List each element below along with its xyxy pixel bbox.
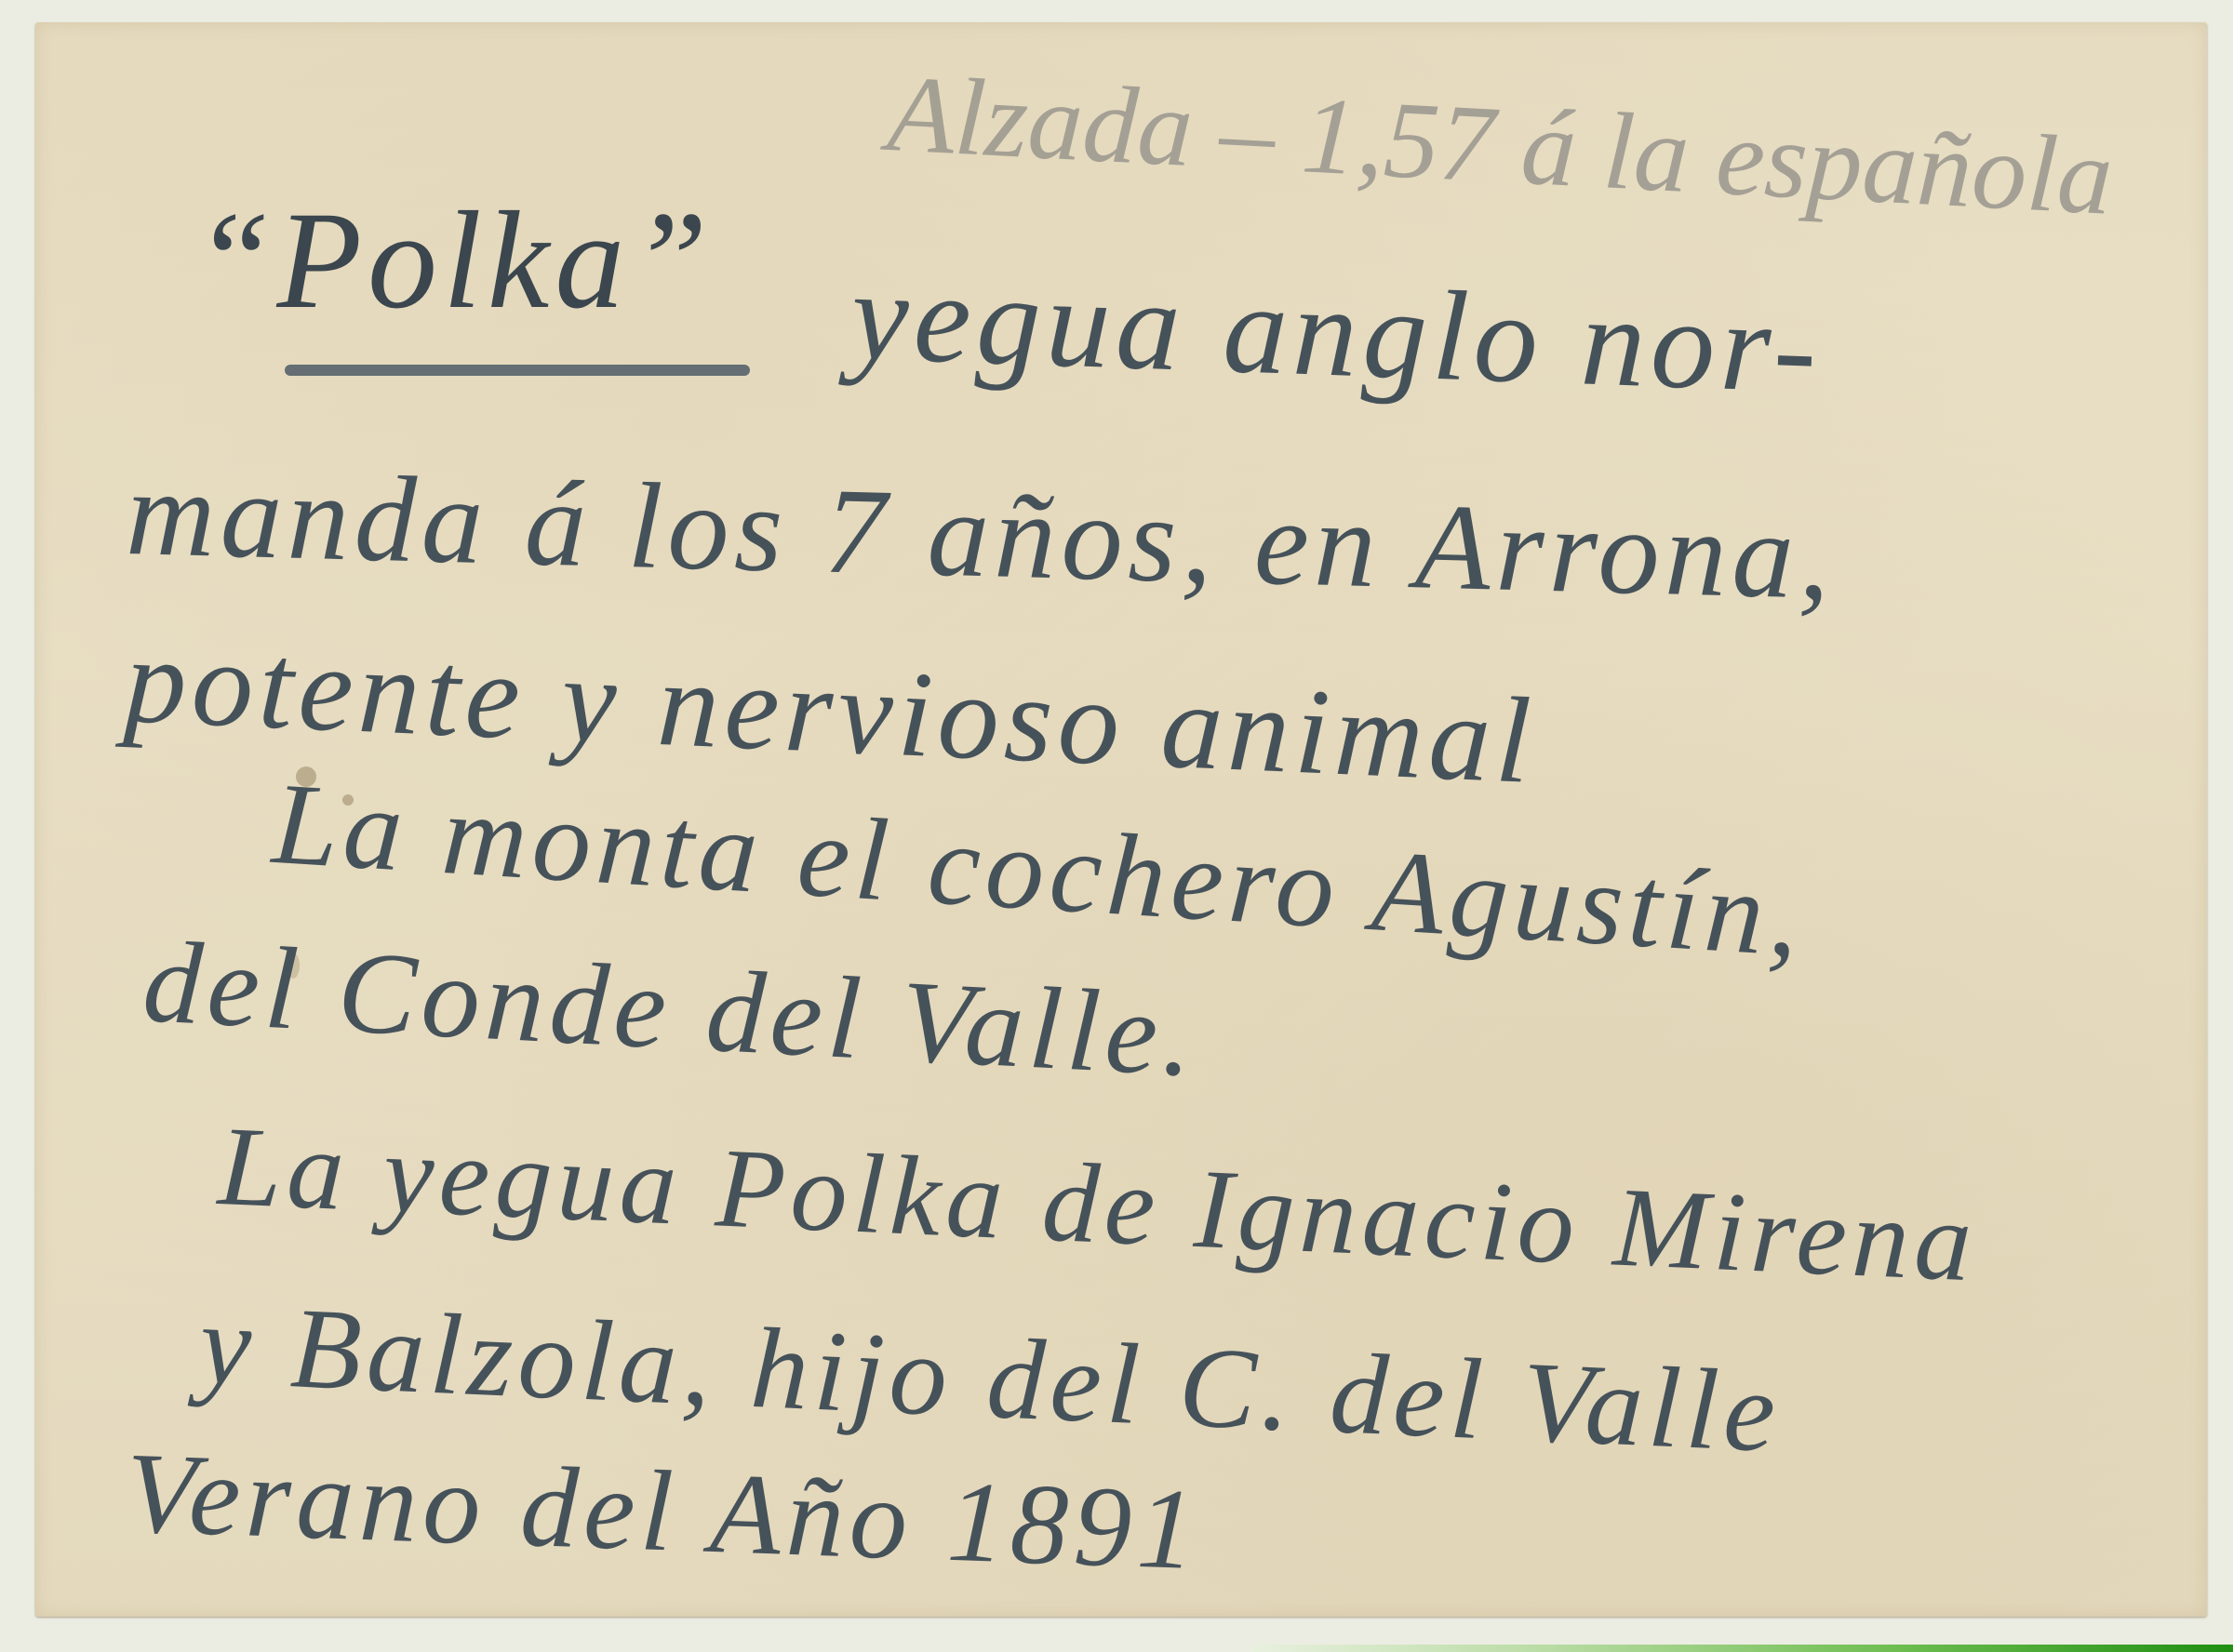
- line-date: Verano del Año 1891: [124, 1427, 1203, 1596]
- pencil-note-height: Alzada – 1,57 á la española: [885, 50, 2116, 241]
- handwritten-card: Alzada – 1,57 á la española “Polka” yegu…: [35, 22, 2207, 1617]
- title-underline: [285, 365, 750, 376]
- line-horse-of: La yegua Polka de Ignacio Mirena: [216, 1101, 1980, 1308]
- line-age-origin: manda á los 7 años, en Arrona,: [125, 441, 1838, 628]
- line-owner: del Conde del Valle.: [140, 915, 1201, 1104]
- line-breed: yegua anglo nor-: [849, 241, 1825, 422]
- horse-name-title: “Polka”: [194, 180, 714, 340]
- green-gradient-bar: [1251, 1645, 2233, 1652]
